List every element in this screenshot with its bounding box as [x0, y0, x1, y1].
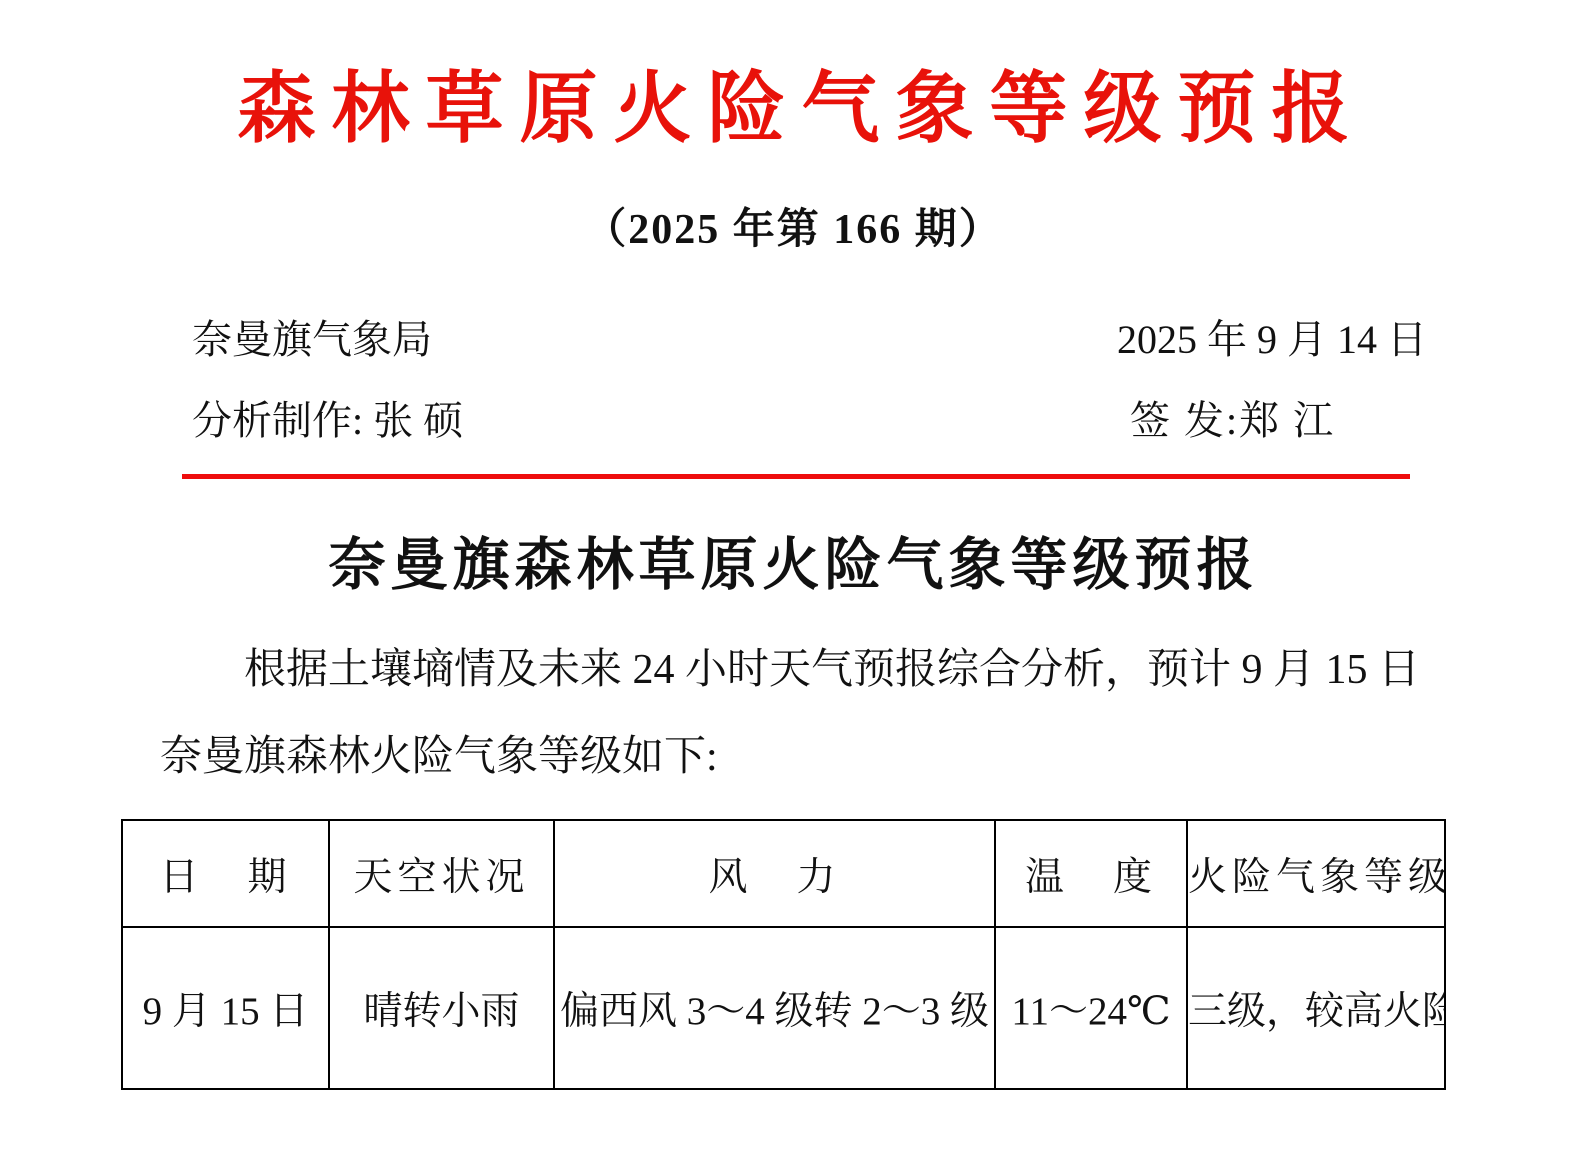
forecast-paragraph-line-1: 根据土壤墒情及未来 24 小时天气预报综合分析，预计 9 月 15 日 [160, 642, 1420, 698]
meta-row-agency-date: 奈曼旗气象局 2025 年 9 月 14 日 [0, 315, 1587, 365]
issue-number: （2025 年第 166 期） [0, 202, 1587, 258]
column-header-fire-danger-level: 火险气象等级 [1187, 820, 1445, 927]
analyst-name: 分析制作: 张 硕 [192, 396, 463, 446]
forecast-document-page: 森林草原火险气象等级预报 （2025 年第 166 期） 奈曼旗气象局 2025… [0, 0, 1587, 1171]
cell-temperature: 11～24℃ [995, 927, 1187, 1089]
cell-wind: 偏西风 3～4 级转 2～3 级 [554, 927, 995, 1089]
column-header-date: 日 期 [122, 820, 329, 927]
issue-date: 2025 年 9 月 14 日 [1117, 315, 1427, 365]
document-title: 森林草原火险气象等级预报 [0, 56, 1587, 160]
signer-name: 签 发:郑 江 [1130, 396, 1335, 446]
forecast-table-body: 9 月 15 日 晴转小雨 偏西风 3～4 级转 2～3 级 11～24℃ 三级… [122, 927, 1445, 1089]
section-title: 奈曼旗森林草原火险气象等级预报 [0, 530, 1587, 602]
column-header-sky-condition: 天空状况 [329, 820, 554, 927]
forecast-table: 日 期 天空状况 风 力 温 度 火险气象等级 9 月 15 日 晴转小雨 偏西… [121, 819, 1446, 1090]
forecast-table-header: 日 期 天空状况 风 力 温 度 火险气象等级 [122, 820, 1445, 927]
header-row: 日 期 天空状况 风 力 温 度 火险气象等级 [122, 820, 1445, 927]
cell-date: 9 月 15 日 [122, 927, 329, 1089]
agency-name: 奈曼旗气象局 [192, 315, 432, 365]
forecast-paragraph-line-2: 奈曼旗森林火险气象等级如下: [160, 729, 718, 785]
cell-fire-danger-level: 三级，较高火险 [1187, 927, 1445, 1089]
column-header-wind: 风 力 [554, 820, 995, 927]
meta-row-analyst-signer: 分析制作: 张 硕 签 发:郑 江 [0, 396, 1587, 446]
column-header-temperature: 温 度 [995, 820, 1187, 927]
red-divider-rule [182, 474, 1410, 479]
table-row: 9 月 15 日 晴转小雨 偏西风 3～4 级转 2～3 级 11～24℃ 三级… [122, 927, 1445, 1089]
cell-sky-condition: 晴转小雨 [329, 927, 554, 1089]
